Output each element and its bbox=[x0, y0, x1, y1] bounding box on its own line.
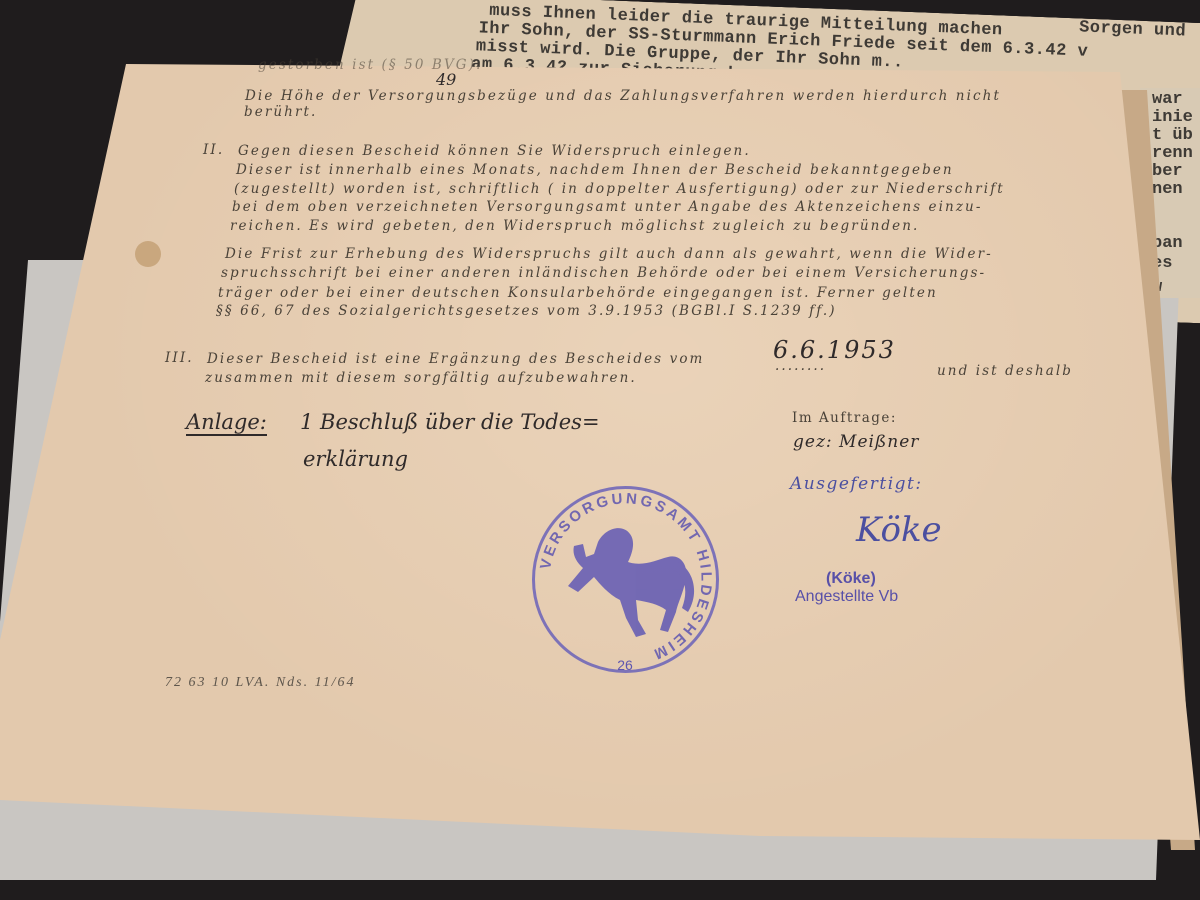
im-auftrage-label: Im Auftrage: bbox=[792, 410, 897, 426]
fragment: ber bbox=[1152, 162, 1183, 181]
title-stamp: Angestellte Vb bbox=[795, 588, 898, 606]
section-III-numeral: III. bbox=[165, 350, 194, 366]
section-II-line: Gegen diesen Bescheid können Sie Widersp… bbox=[238, 143, 751, 159]
frist-line: spruchsschrift bei einer anderen inländi… bbox=[221, 265, 986, 281]
section-II-line: reichen. Es wird gebeten, den Widerspruc… bbox=[230, 218, 919, 234]
fragment: t üb bbox=[1152, 126, 1193, 145]
section-II-numeral: II. bbox=[203, 142, 224, 158]
attachment-text: 1 Beschluß über die Todes= bbox=[300, 410, 600, 434]
frist-line: Die Frist zur Erhebung des Widerspruchs … bbox=[225, 246, 993, 262]
fragment: war bbox=[1152, 90, 1183, 109]
attachment-text: erklärung bbox=[303, 447, 408, 471]
name-stamp: (Köke) bbox=[826, 570, 876, 588]
punch-hole bbox=[135, 241, 161, 267]
form-number: 72 63 10 LVA. Nds. 11/64 bbox=[165, 675, 355, 691]
seal-horse-icon: VERSORGUNGSAMT HILDESHEIM 26 bbox=[528, 482, 723, 677]
official-seal-stamp: VERSORGUNGSAMT HILDESHEIM 26 bbox=[528, 482, 723, 677]
frist-line: träger oder bei einer deutschen Konsular… bbox=[218, 285, 938, 301]
seal-number: 26 bbox=[617, 657, 633, 673]
fragment: nen bbox=[1152, 180, 1183, 199]
handwritten-date: 6.6.1953 bbox=[773, 336, 896, 364]
section-III-line2: zusammen mit diesem sorgfältig aufzubewa… bbox=[205, 370, 637, 386]
back-letter-fragment: Sorgen und bbox=[1079, 18, 1187, 41]
gez-signature: gez: Meißner bbox=[793, 432, 919, 452]
section-III-line1-end: und ist deshalb bbox=[937, 363, 1073, 379]
official-notice-page bbox=[0, 0, 1200, 900]
fragment: inie bbox=[1152, 108, 1193, 127]
section-II-line: (zugestellt) worden ist, schriftlich ( i… bbox=[234, 181, 1005, 197]
section-III-line1: Dieser Bescheid ist eine Ergänzung des B… bbox=[207, 351, 704, 367]
paragraph-top-line: Die Höhe der Versorgungsbezüge und das Z… bbox=[245, 88, 1001, 104]
frist-line: §§ 66, 67 des Sozialgerichtsgesetzes vom… bbox=[216, 303, 837, 319]
section-II-line: Dieser ist innerhalb eines Monats, nachd… bbox=[236, 162, 954, 178]
ausgefertigt-label: Ausgefertigt: bbox=[790, 474, 923, 494]
paragraph-top-line: berührt. bbox=[244, 104, 317, 120]
section-II-line: bei dem oben verzeichneten Versorgungsam… bbox=[232, 199, 983, 215]
attachment-label: Anlage: bbox=[186, 410, 267, 436]
handwritten-signature: Köke bbox=[856, 510, 942, 550]
handwritten-correction: 49 bbox=[436, 70, 456, 89]
fragment: renn bbox=[1152, 144, 1193, 163]
